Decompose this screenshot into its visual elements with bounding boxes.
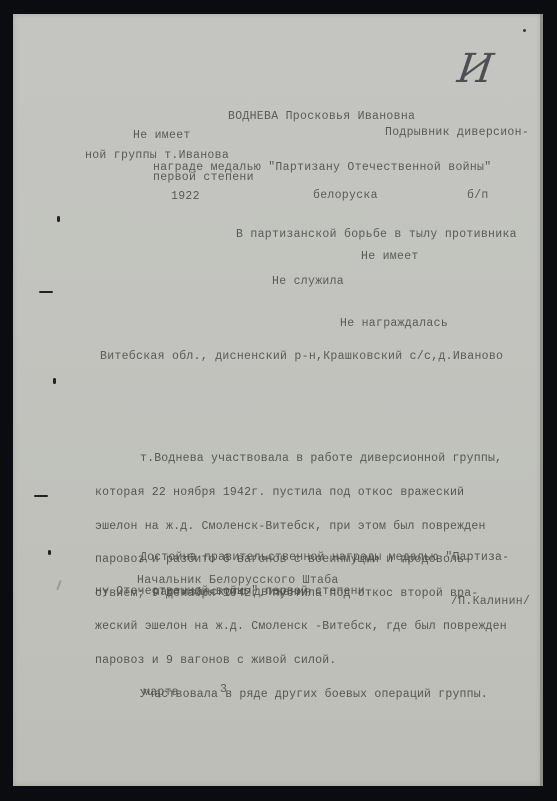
handwritten-mark: И (455, 46, 496, 92)
page-edge (540, 14, 543, 786)
partisan-struggle-value: Не имеет (361, 251, 419, 263)
punch-hole (48, 550, 51, 555)
party-status: б/п (467, 190, 489, 202)
punch-hole (53, 378, 56, 384)
narrative-line: которая 22 ноября 1942г. пустила под отк… (95, 487, 507, 498)
rank-label: Не имеет (133, 130, 191, 142)
position-line-1: Подрывник диверсион- (385, 127, 529, 139)
conclusion-line: Достойна правительственной награды медал… (95, 552, 509, 563)
award-line-2: первой степени (153, 172, 254, 184)
signature: /П.Калинин/ (451, 596, 530, 608)
nationality: белоруска (313, 190, 378, 202)
narrative-line: т.Воднева участвовала в работе диверсион… (95, 453, 507, 464)
punch-hole (57, 216, 60, 222)
corner-mark (523, 29, 526, 32)
narrative-line: жеский эшелон на ж.д. Смоленск -Витебск,… (95, 621, 507, 632)
birth-year: 1922 (171, 191, 200, 203)
person-name: ВОДНЕВА Просковья Ивановна (228, 111, 415, 123)
home-address: Витебская обл., дисненский р-н,Крашковск… (100, 351, 503, 363)
footer-label: марта (143, 687, 179, 699)
partisan-struggle-label: В партизанской борьбе в тылу противника (236, 229, 517, 241)
army-service: Не служила (272, 276, 344, 288)
previous-awards: Не награждалась (340, 318, 448, 330)
punch-hole (39, 291, 53, 293)
narrative-line: паровоз и 9 вагонов с живой силой. (95, 655, 507, 666)
signatory-title-2: партизанского движения (153, 587, 311, 599)
footer-number: 3 (220, 684, 227, 696)
punch-hole (34, 495, 48, 497)
